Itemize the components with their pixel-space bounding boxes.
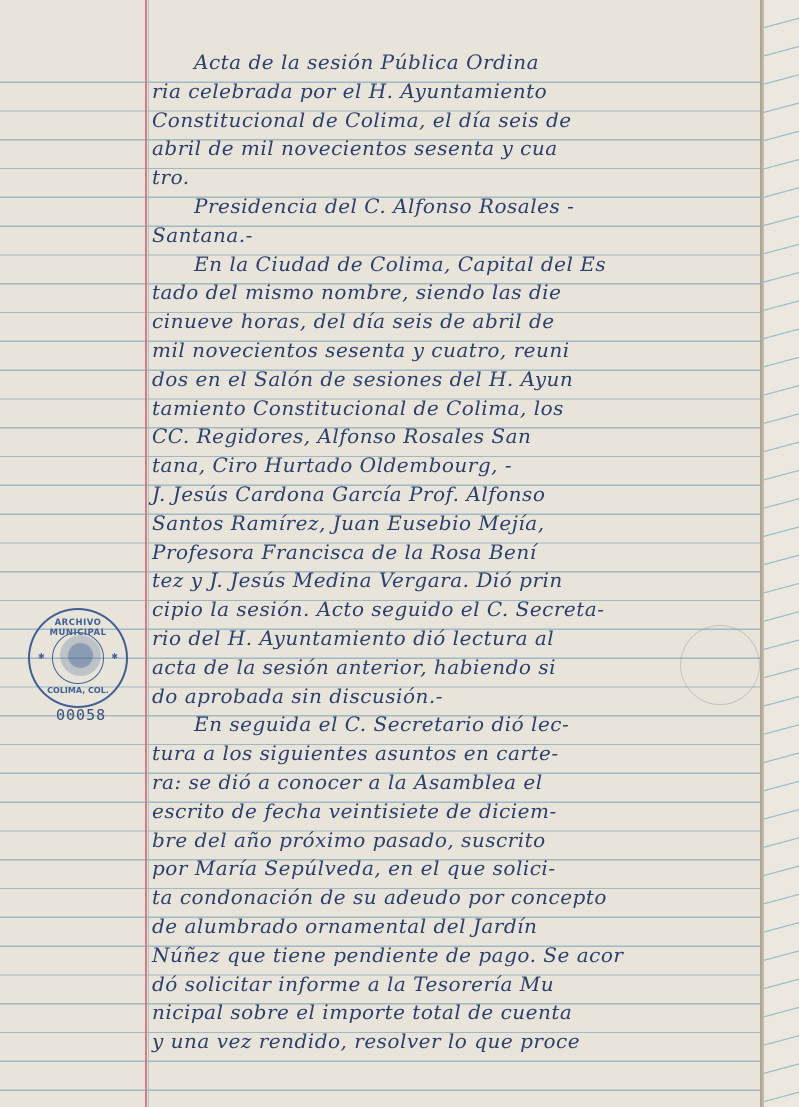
handwritten-line: ria celebrada por el H. Ayuntamiento <box>152 77 772 106</box>
handwritten-line: y una vez rendido, resolver lo que proce <box>152 1027 772 1056</box>
handwritten-line: dó solicitar informe a la Tesorería Mu <box>152 970 772 999</box>
handwritten-line: por María Sepúlveda, en el que solici- <box>152 854 772 883</box>
handwritten-line: tana, Ciro Hurtado Oldembourg, - <box>152 451 772 480</box>
coat-of-arms-icon <box>52 632 104 684</box>
margin-line-red <box>145 0 147 1107</box>
handwritten-line: cinueve horas, del día seis de abril de <box>152 307 772 336</box>
handwritten-line: tado del mismo nombre, siendo las die <box>152 278 772 307</box>
handwritten-line: Núñez que tiene pendiente de pago. Se ac… <box>152 941 772 970</box>
handwritten-line: dos en el Salón de sesiones del H. Ayun <box>152 365 772 394</box>
archive-stamp: ARCHIVO MUNICIPAL ✱ ✱ COLIMA, COL. <box>28 608 128 708</box>
handwritten-line: nicipal sobre el importe total de cuenta <box>152 998 772 1027</box>
margin-line-blue <box>148 0 149 1107</box>
handwritten-line: mil novecientos sesenta y cuatro, reuni <box>152 336 772 365</box>
handwritten-line: En seguida el C. Secretario dió lec- <box>152 710 772 739</box>
handwritten-line: ta condonación de su adeudo por concepto <box>152 883 772 912</box>
handwritten-line: tamiento Constitucional de Colima, los <box>152 394 772 423</box>
handwritten-line: tura a los siguientes asuntos en carte- <box>152 739 772 768</box>
handwritten-line: Santos Ramírez, Juan Eusebio Mejía, <box>152 509 772 538</box>
notebook-page: Acta de la sesión Pública Ordinaria cele… <box>0 0 762 1107</box>
handwritten-line: J. Jesús Cardona García Prof. Alfonso <box>152 480 772 509</box>
stamp-bottom-text: COLIMA, COL. <box>30 686 126 695</box>
handwritten-text-block: Acta de la sesión Pública Ordinaria cele… <box>152 54 772 1062</box>
handwritten-line: cipio la sesión. Acto seguido el C. Secr… <box>152 595 772 624</box>
handwritten-line: CC. Regidores, Alfonso Rosales San <box>152 422 772 451</box>
faint-stamp-impression <box>680 625 760 705</box>
handwritten-line: Santana.- <box>152 221 772 250</box>
folio-number: 00058 <box>56 706 106 724</box>
star-icon: ✱ <box>38 652 45 661</box>
handwritten-line: tro. <box>152 163 772 192</box>
adjacent-page-edge <box>764 0 799 1107</box>
handwritten-line: de alumbrado ornamental del Jardín <box>152 912 772 941</box>
handwritten-line: escrito de fecha veintisiete de diciem- <box>152 797 772 826</box>
handwritten-line: En la Ciudad de Colima, Capital del Es <box>152 250 772 279</box>
handwritten-line: rio del H. Ayuntamiento dió lectura al <box>152 624 772 653</box>
handwritten-line: tez y J. Jesús Medina Vergara. Dió prin <box>152 566 772 595</box>
handwritten-line: Acta de la sesión Pública Ordina <box>152 48 772 77</box>
handwritten-line: acta de la sesión anterior, habiendo si <box>152 653 772 682</box>
handwritten-line: Profesora Francisca de la Rosa Bení <box>152 538 772 567</box>
handwritten-line: do aprobada sin discusión.- <box>152 682 772 711</box>
handwritten-line: ra: se dió a conocer a la Asamblea el <box>152 768 772 797</box>
star-icon: ✱ <box>111 652 118 661</box>
handwritten-line: abril de mil novecientos sesenta y cua <box>152 134 772 163</box>
handwritten-line: Presidencia del C. Alfonso Rosales - <box>152 192 772 221</box>
handwritten-line: bre del año próximo pasado, suscrito <box>152 826 772 855</box>
handwritten-line: Constitucional de Colima, el día seis de <box>152 106 772 135</box>
